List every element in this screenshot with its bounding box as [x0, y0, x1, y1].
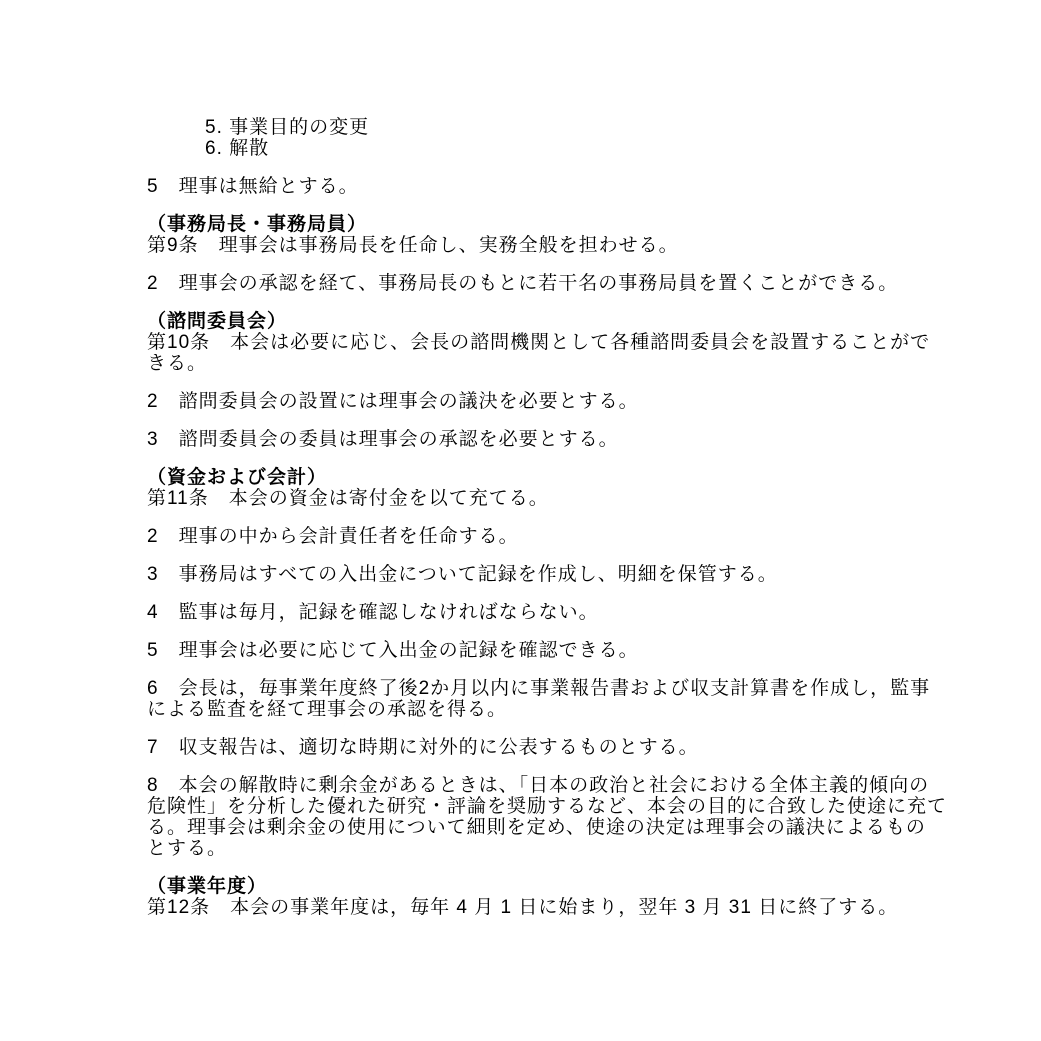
paragraph-line: 3 事務局はすべての入出金について記録を作成し、明細を保管する。: [147, 564, 957, 585]
paragraph-line: 危険性」を分析した優れた研究・評論を奨励するなど、本会の目的に合致した使途に充て: [147, 796, 957, 817]
section: （諮問委員会） 第10条 本会は必要に応じ、会長の諮問機関として各種諮問委員会を…: [147, 311, 957, 374]
paragraph-line: 5 理事会は必要に応じて入出金の記録を確認できる。: [147, 640, 957, 661]
paragraph-line: 7 収支報告は、適切な時期に対外的に公表するものとする。: [147, 737, 957, 758]
section-heading: （諮問委員会）: [147, 311, 957, 332]
paragraph-line: 5 理事は無給とする。: [147, 176, 957, 197]
section-heading: （事業年度）: [147, 876, 957, 897]
paragraph-line: 2 理事会の承認を経て、事務局長のもとに若干名の事務局員を置くことができる。: [147, 273, 957, 294]
paragraph: 3 諮問委員会の委員は理事会の承認を必要とする。: [147, 429, 957, 450]
paragraph-line: 3 諮問委員会の委員は理事会の承認を必要とする。: [147, 429, 957, 450]
paragraph-line: とする。: [147, 838, 957, 859]
section: （事業年度） 第12条 本会の事業年度は，毎年 4 月 1 日に始まり，翌年 3…: [147, 876, 957, 918]
document-page: 5. 事業目的の変更 6. 解散 5 理事は無給とする。 （事務局長・事務局員）…: [0, 0, 1041, 1041]
paragraph: 2 理事会の承認を経て、事務局長のもとに若干名の事務局員を置くことができる。: [147, 273, 957, 294]
paragraph-line: 4 監事は毎月，記録を確認しなければならない。: [147, 602, 957, 623]
paragraph: 8 本会の解散時に剰余金があるときは、「日本の政治と社会における全体主義的傾向の…: [147, 775, 957, 859]
paragraph: 4 監事は毎月，記録を確認しなければならない。: [147, 602, 957, 623]
paragraph: 3 事務局はすべての入出金について記録を作成し、明細を保管する。: [147, 564, 957, 585]
section: （事務局長・事務局員） 第9条 理事会は事務局長を任命し、実務全般を担わせる。: [147, 214, 957, 256]
paragraph-line: による監査を経て理事会の承認を得る。: [147, 699, 957, 720]
article-line: 第9条 理事会は事務局長を任命し、実務全般を担わせる。: [147, 235, 957, 256]
paragraph: 5 理事会は必要に応じて入出金の記録を確認できる。: [147, 640, 957, 661]
section-heading: （事務局長・事務局員）: [147, 214, 957, 235]
article-line: 第11条 本会の資金は寄付金を以て充てる。: [147, 488, 957, 509]
list-item: 6. 解散: [147, 138, 957, 159]
list-item: 5. 事業目的の変更: [147, 117, 957, 138]
paragraph-line: 2 諮問委員会の設置には理事会の議決を必要とする。: [147, 391, 957, 412]
section: （資金および会計） 第11条 本会の資金は寄付金を以て充てる。: [147, 467, 957, 509]
paragraph: 5 理事は無給とする。: [147, 176, 957, 197]
article-line: 第12条 本会の事業年度は，毎年 4 月 1 日に始まり，翌年 3 月 31 日…: [147, 897, 957, 918]
ordered-list: 5. 事業目的の変更 6. 解散: [147, 117, 957, 159]
article-line: 第10条 本会は必要に応じ、会長の諮問機関として各種諮問委員会を設置することがで: [147, 332, 957, 353]
section-heading: （資金および会計）: [147, 467, 957, 488]
article-line: きる。: [147, 353, 957, 374]
paragraph-line: る。理事会は剰余金の使用について細則を定め、使途の決定は理事会の議決によるもの: [147, 817, 957, 838]
paragraph-line: 6 会長は，毎事業年度終了後2か月以内に事業報告書および収支計算書を作成し，監事: [147, 678, 957, 699]
paragraph-line: 2 理事の中から会計責任者を任命する。: [147, 526, 957, 547]
paragraph-line: 8 本会の解散時に剰余金があるときは、「日本の政治と社会における全体主義的傾向の: [147, 775, 957, 796]
paragraph: 2 理事の中から会計責任者を任命する。: [147, 526, 957, 547]
paragraph: 2 諮問委員会の設置には理事会の議決を必要とする。: [147, 391, 957, 412]
document-content: 5. 事業目的の変更 6. 解散 5 理事は無給とする。 （事務局長・事務局員）…: [147, 117, 957, 935]
paragraph: 7 収支報告は、適切な時期に対外的に公表するものとする。: [147, 737, 957, 758]
paragraph: 6 会長は，毎事業年度終了後2か月以内に事業報告書および収支計算書を作成し，監事…: [147, 678, 957, 720]
